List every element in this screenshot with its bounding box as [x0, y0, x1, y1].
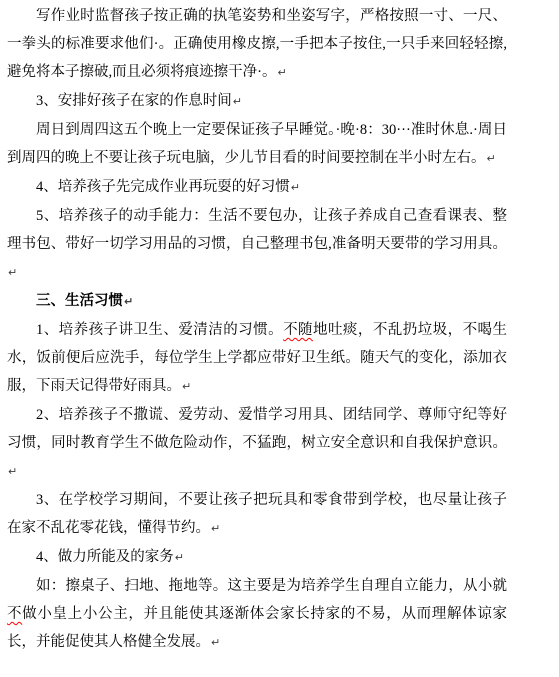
paragraph-mark-icon: ↵	[487, 152, 496, 165]
document-body: 写作业时监督孩子按正确的执笔姿势和坐姿写字，严格按照一寸、一尺、一拳头的标准要求…	[7, 2, 507, 657]
text-run: 周日到周四这五个晚上一定要保证孩子早睡觉。·晚·8：30···准时休息.·周日到…	[7, 122, 507, 166]
text-run: 4、培养孩子先完成作业再玩耍的好习惯	[36, 179, 290, 195]
document-page: 写作业时监督孩子按正确的执笔姿势和坐姿写字，严格按照一寸、一尺、一拳头的标准要求…	[0, 0, 559, 677]
paragraph: 如：擦桌子、扫地、拖地等。这主要是为培养学生自理自立能力，从小就不做小皇上小公主…	[7, 572, 507, 657]
text-run: 2、培养孩子不撒谎、爱劳动、爱惜学习用具、团结同学、尊师守纪等好习惯，同时教育学…	[7, 407, 507, 451]
paragraph: 写作业时监督孩子按正确的执笔姿势和坐姿写字，严格按照一寸、一尺、一拳头的标准要求…	[7, 2, 507, 87]
paragraph-mark-icon: ↵	[182, 380, 191, 393]
text-run: 如：擦桌子、扫地、拖地等。这主要是为培养学生自理自立能力，从小就	[36, 578, 507, 594]
paragraph-mark-icon: ↵	[211, 522, 220, 535]
section-heading: 三、生活习惯↵	[7, 287, 507, 316]
paragraph: 3、在学校学习期间，不要让孩子把玩具和零食带到学校，也尽量让孩子在家不乱花零花钱…	[7, 486, 507, 543]
paragraph-mark-icon: ↵	[233, 95, 242, 108]
paragraph: 4、培养孩子先完成作业再玩耍的好习惯↵	[7, 173, 507, 202]
paragraph: 4、做力所能及的家务↵	[7, 543, 507, 572]
spellcheck-flagged-text: 不随	[283, 322, 313, 338]
paragraph-mark-icon: ↵	[124, 295, 133, 308]
paragraph: 5、培养孩子的动手能力：生活不要包办，让孩子养成自己查看课表、整理书包、带好一切…	[7, 202, 507, 287]
text-run: 1、培养孩子讲卫生、爱清洁的习惯。	[36, 322, 283, 338]
text-run: 5、培养孩子的动手能力：生活不要包办，让孩子养成自己查看课表、整理书包、带好一切…	[7, 208, 507, 252]
paragraph-mark-icon: ↵	[8, 465, 17, 478]
text-run: 三、生活习惯	[36, 293, 123, 309]
spellcheck-flagged-text: 不	[7, 606, 22, 622]
paragraph-mark-icon: ↵	[175, 551, 184, 564]
text-run: 3、在学校学习期间，不要让孩子把玩具和零食带到学校，也尽量让孩子在家不乱花零花钱…	[7, 492, 507, 536]
text-run: 3、安排好孩子在家的作息时间	[36, 93, 232, 109]
paragraph: 3、安排好孩子在家的作息时间↵	[7, 87, 507, 116]
text-run: 做小皇上小公主，并且能使其逐渐体会家长持家的不易，从而理解体谅家长，并能促使其人…	[7, 606, 507, 650]
text-run: 4、做力所能及的家务	[36, 549, 174, 565]
paragraph-mark-icon: ↵	[8, 266, 17, 279]
paragraph: 周日到周四这五个晚上一定要保证孩子早睡觉。·晚·8：30···准时休息.·周日到…	[7, 116, 507, 173]
paragraph: 2、培养孩子不撒谎、爱劳动、爱惜学习用具、团结同学、尊师守纪等好习惯，同时教育学…	[7, 401, 507, 486]
text-run: 写作业时监督孩子按正确的执笔姿势和坐姿写字，严格按照一寸、一尺、一拳头的标准要求…	[7, 8, 507, 80]
paragraph: 1、培养孩子讲卫生、爱清洁的习惯。不随地吐痰，不乱扔垃圾，不喝生水，饭前便后应洗…	[7, 316, 507, 401]
paragraph-mark-icon: ↵	[277, 66, 286, 79]
paragraph-mark-icon: ↵	[211, 636, 220, 649]
paragraph-mark-icon: ↵	[291, 181, 300, 194]
